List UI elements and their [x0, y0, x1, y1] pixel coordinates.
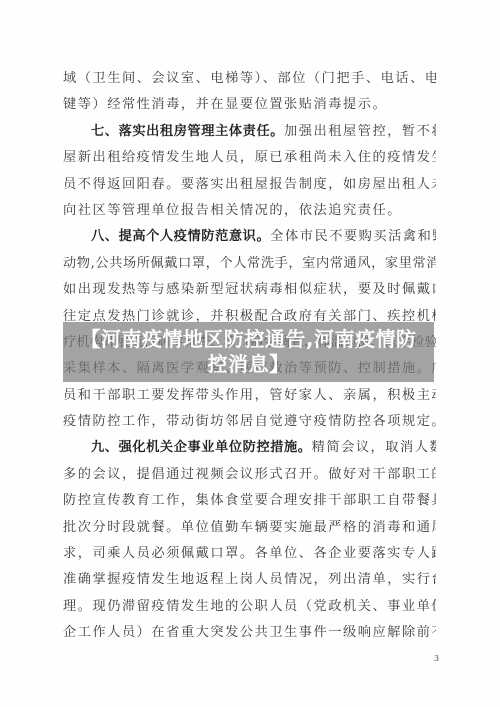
text-run: 全体市民不要购买活禽和野生 [270, 229, 436, 244]
text-line: 多的会议，提倡通过视频会议形式召开。做好对干部职工的疫情 [63, 462, 436, 488]
text-line: 疫情防控工作，带动街坊邻居自觉遵守疫情防控各项规定。 [63, 409, 436, 435]
text-line: 员和干部职工要发挥带头作用，管好家人、亲属，积极主动参与 [63, 383, 436, 409]
overlay-title: 【河南疫情地区防控通告,河南疫情防控消息】 [73, 327, 425, 377]
text-run: 加强出租屋管控，暂不将房 [284, 124, 436, 139]
text-line: 向社区等管理单位报告相关情况的，依法追究责任。 [63, 198, 436, 224]
text-line: 批次分时段就餐。单位值勤车辆要实施最严格的消毒和通风要 [63, 515, 436, 541]
page-number: 3 [434, 654, 439, 663]
text-line: 动物,公共场所佩戴口罩，个人常洗手，室内常通风，家里常消毒。 [63, 251, 436, 277]
text-line: 理。现仍滞留疫情发生地的公职人员（党政机关、事业单位、国 [63, 594, 436, 620]
text-line: 准确掌握疫情发生地返程上岗人员情况，列出清单，实行台账管 [63, 567, 436, 593]
text-line: 企工作人员）在省重大突发公共卫生事件一级响应解除前不得返 [63, 620, 436, 646]
text-line: 屋新出租给疫情发生地人员，原已承租尚未入住的疫情发生地人 [63, 145, 436, 171]
section-heading-9: 九、强化机关企事业单位防控措施。 [91, 440, 312, 455]
title-overlay-banner: 【河南疫情地区防控通告,河南疫情防控消息】 [63, 322, 434, 382]
text-run: 精简会议，取消人数众 [312, 440, 436, 455]
text-line: 求，司乘人员必须佩戴口罩。各单位、各企业要落实专人跟进， [63, 541, 436, 567]
section-heading-line: 八、提高个人疫情防范意识。全体市民不要购买活禽和野生 [63, 224, 436, 250]
section-heading-7: 七、落实出租房管理主体责任。 [91, 124, 284, 139]
section-heading-8: 八、提高个人疫情防范意识。 [91, 229, 270, 244]
text-line: 员不得返回阳春。要落实出租屋报告制度，如房屋出租人未及时 [63, 172, 436, 198]
text-line: 防控宣传教育工作，集体食堂要合理安排干部职工自带餐具并分 [63, 488, 436, 514]
section-heading-line: 九、强化机关企事业单位防控措施。精简会议，取消人数众 [63, 435, 436, 461]
text-line: 如出现发热等与感染新型冠状病毒相似症状，要及时佩戴口罩前 [63, 277, 436, 303]
text-line: 域（卫生间、会议室、电梯等）、部位（门把手、电话、电梯按 [63, 66, 436, 92]
text-line: 键等）经常性消毒，并在显要位置张贴消毒提示。 [63, 92, 436, 118]
section-heading-line: 七、落实出租房管理主体责任。加强出租屋管控，暂不将房 [63, 119, 436, 145]
